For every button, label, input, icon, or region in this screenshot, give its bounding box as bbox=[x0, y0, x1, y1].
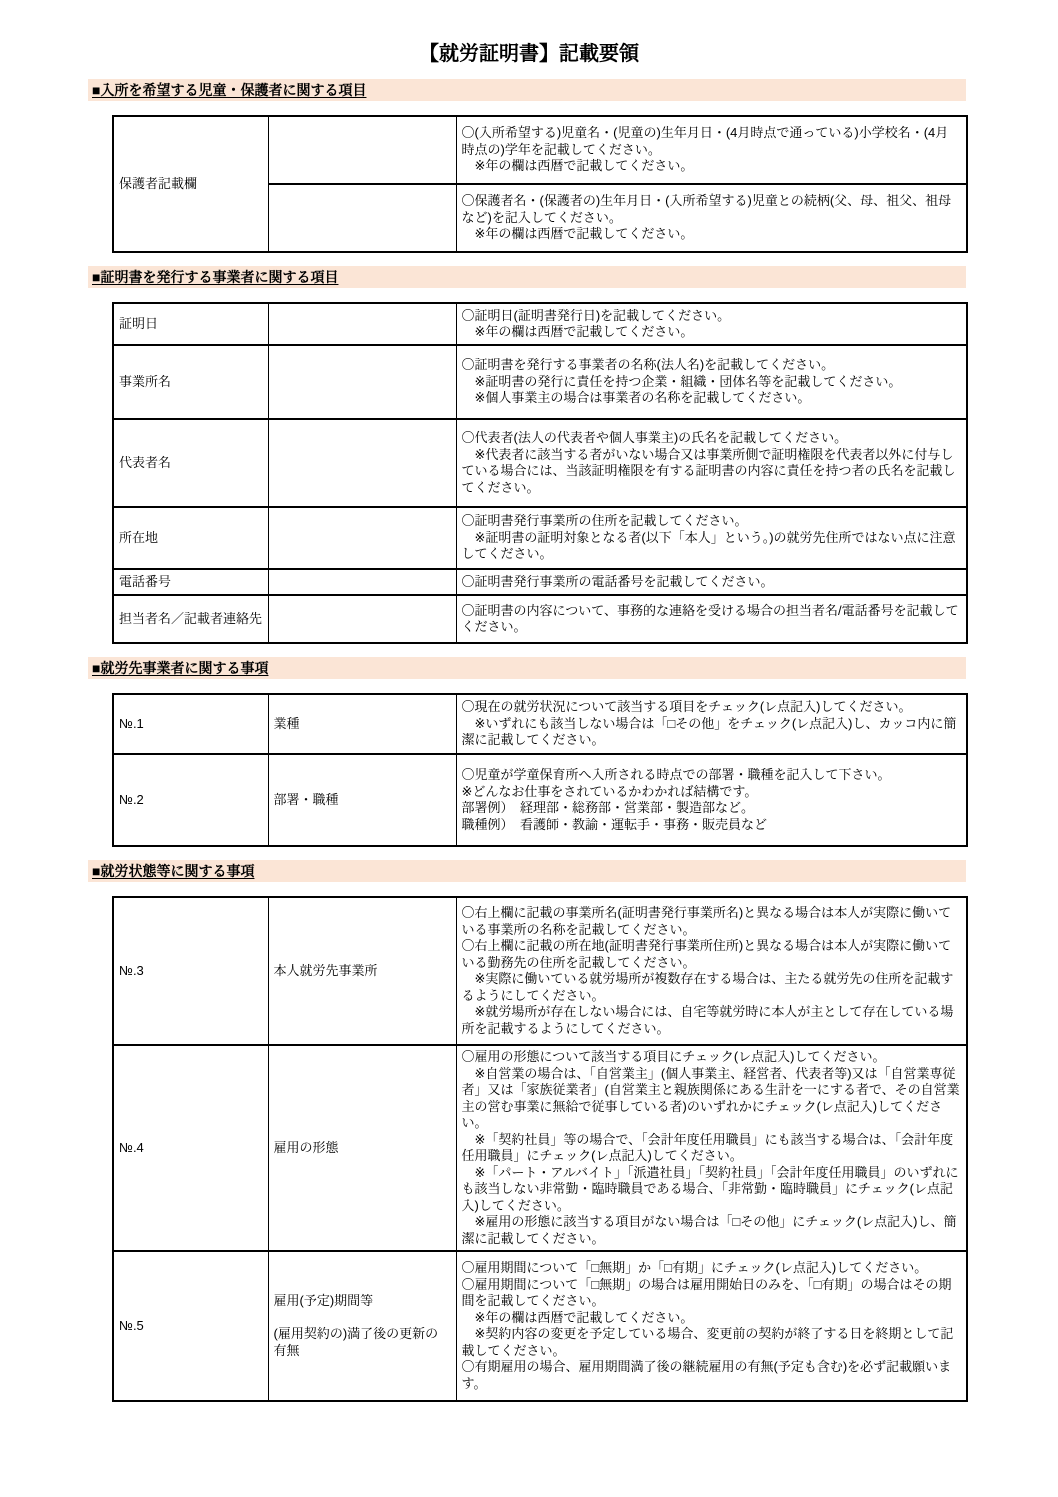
table-row: №.4 雇用の形態 〇雇用の形態について該当する項目にチェック(レ点記入)してく… bbox=[113, 1045, 967, 1251]
row-desc: 〇児童が学童保育所へ入所される時点での部署・職種を記入して下さい。 ※どんなお仕… bbox=[456, 754, 967, 846]
row-desc: 〇証明書を発行する事業者の名称(法人名)を記載してください。 ※証明書の発行に責… bbox=[456, 345, 967, 419]
row-desc: 〇代表者(法人の代表者や個人事業主)の氏名を記載してください。 ※代表者に該当す… bbox=[456, 419, 967, 507]
row-desc: 〇証明書発行事業所の電話番号を記載してください。 bbox=[456, 569, 967, 595]
row-label: 担当者名／記載者連絡先 bbox=[113, 595, 268, 643]
entry-cell bbox=[268, 419, 456, 507]
employment-table: №.3 本人就労先事業所 〇右上欄に記載の事業所名(証明書発行事業所名)と異なる… bbox=[112, 896, 968, 1402]
section-heading-employment: ■就労状態等に関する事項 bbox=[88, 860, 966, 882]
row-desc: 〇証明日(証明書発行日)を記載してください。 ※年の欄は西暦で記載してください。 bbox=[456, 303, 967, 345]
row-label: 本人就労先事業所 bbox=[268, 897, 456, 1045]
row-desc: 〇右上欄に記載の事業所名(証明書発行事業所名)と異なる場合は本人が実際に働いてい… bbox=[456, 897, 967, 1045]
workplace-table: №.1 業種 〇現在の就労状況について該当する項目をチェック(レ点記入)してくだ… bbox=[112, 693, 968, 847]
row-desc: 〇保護者名・(保護者の)生年月日・(入所希望する)児童との続柄(父、母、祖父、祖… bbox=[456, 184, 967, 252]
row-desc: 〇現在の就労状況について該当する項目をチェック(レ点記入)してください。 ※いず… bbox=[456, 694, 967, 754]
entry-cell bbox=[268, 345, 456, 419]
row-desc: 〇雇用の形態について該当する項目にチェック(レ点記入)してください。 ※自営業の… bbox=[456, 1045, 967, 1251]
table-row: 証明日 〇証明日(証明書発行日)を記載してください。 ※年の欄は西暦で記載してく… bbox=[113, 303, 967, 345]
row-label: 雇用の形態 bbox=[268, 1045, 456, 1251]
table-row: 保護者記載欄 〇(入所希望する)児童名・(児童の)生年月日・(4月時点で通ってい… bbox=[113, 116, 967, 184]
row-no: №.5 bbox=[113, 1251, 268, 1401]
row-desc: 〇(入所希望する)児童名・(児童の)生年月日・(4月時点で通っている)小学校名・… bbox=[456, 116, 967, 184]
entry-cell bbox=[268, 595, 456, 643]
row-no: №.4 bbox=[113, 1045, 268, 1251]
row-label: 所在地 bbox=[113, 507, 268, 569]
section-heading-issuer: ■証明書を発行する事業者に関する項目 bbox=[88, 266, 966, 288]
entry-cell bbox=[268, 507, 456, 569]
entry-cell bbox=[268, 569, 456, 595]
row-label: 業種 bbox=[268, 694, 456, 754]
row-label: 部署・職種 bbox=[268, 754, 456, 846]
row-label: 保護者記載欄 bbox=[113, 116, 268, 252]
table-row: 電話番号 〇証明書発行事業所の電話番号を記載してください。 bbox=[113, 569, 967, 595]
row-label: 事業所名 bbox=[113, 345, 268, 419]
row-label: 証明日 bbox=[113, 303, 268, 345]
row-desc: 〇雇用期間について「□無期」か「□有期」にチェック(レ点記入)してください。 〇… bbox=[456, 1251, 967, 1401]
table-row: №.5 雇用(予定)期間等 (雇用契約の)満了後の更新の有無 〇雇用期間について… bbox=[113, 1251, 967, 1401]
section-heading-guardian: ■入所を希望する児童・保護者に関する項目 bbox=[88, 79, 966, 101]
row-no: №.2 bbox=[113, 754, 268, 846]
entry-cell bbox=[268, 303, 456, 345]
table-row: 代表者名 〇代表者(法人の代表者や個人事業主)の氏名を記載してください。 ※代表… bbox=[113, 419, 967, 507]
table-row: 事業所名 〇証明書を発行する事業者の名称(法人名)を記載してください。 ※証明書… bbox=[113, 345, 967, 419]
table-row: №.2 部署・職種 〇児童が学童保育所へ入所される時点での部署・職種を記入して下… bbox=[113, 754, 967, 846]
table-row: 担当者名／記載者連絡先 〇証明書の内容について、事務的な連絡を受ける場合の担当者… bbox=[113, 595, 967, 643]
guardian-table: 保護者記載欄 〇(入所希望する)児童名・(児童の)生年月日・(4月時点で通ってい… bbox=[112, 115, 968, 253]
section-heading-workplace: ■就労先事業者に関する事項 bbox=[88, 657, 966, 679]
row-no: №.1 bbox=[113, 694, 268, 754]
issuer-table: 証明日 〇証明日(証明書発行日)を記載してください。 ※年の欄は西暦で記載してく… bbox=[112, 302, 968, 644]
page-title: 【就労証明書】記載要領 bbox=[0, 0, 1058, 66]
row-label: 電話番号 bbox=[113, 569, 268, 595]
table-row: №.3 本人就労先事業所 〇右上欄に記載の事業所名(証明書発行事業所名)と異なる… bbox=[113, 897, 967, 1045]
table-row: 所在地 〇証明書発行事業所の住所を記載してください。 ※証明書の証明対象となる者… bbox=[113, 507, 967, 569]
entry-cell bbox=[268, 116, 456, 184]
table-row: №.1 業種 〇現在の就労状況について該当する項目をチェック(レ点記入)してくだ… bbox=[113, 694, 967, 754]
row-label: 代表者名 bbox=[113, 419, 268, 507]
entry-cell bbox=[268, 184, 456, 252]
row-desc: 〇証明書の内容について、事務的な連絡を受ける場合の担当者名/電話番号を記載してく… bbox=[456, 595, 967, 643]
row-desc: 〇証明書発行事業所の住所を記載してください。 ※証明書の証明対象となる者(以下「… bbox=[456, 507, 967, 569]
row-no: №.3 bbox=[113, 897, 268, 1045]
row-label: 雇用(予定)期間等 (雇用契約の)満了後の更新の有無 bbox=[268, 1251, 456, 1401]
